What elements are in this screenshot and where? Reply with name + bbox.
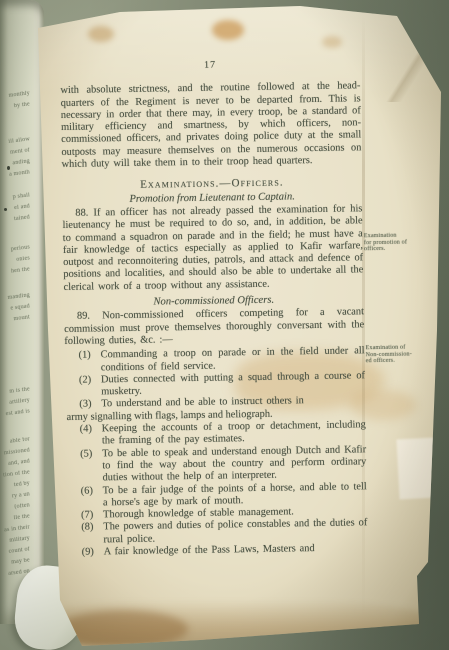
facing-page-text-fragment: (often	[0, 502, 32, 512]
facing-page-text-fragment: able for	[0, 436, 32, 446]
facing-page-text-fragment: perious	[0, 244, 32, 254]
paper-speck	[7, 166, 10, 170]
margin-note-officers: Examination for promotion of officers.	[364, 232, 424, 253]
page-text-block: 17 with absolute strictness, and the rou…	[60, 57, 368, 559]
facing-page-edge: monthlyby theill allowment ofandinga mon…	[0, 0, 44, 624]
facing-page-text-fragment: missioned	[0, 447, 32, 457]
intro-paragraph: with absolute strictness, and the routin…	[60, 81, 361, 172]
margin-note-line: officers.	[364, 245, 424, 253]
facing-page-text-fragment: manding	[0, 292, 32, 302]
facing-page-text-fragment: p shall	[0, 192, 32, 202]
list-item-number: (7)	[81, 509, 103, 522]
paragraph-89: 89. Non-commissioned officers competing …	[64, 307, 365, 349]
margin-note-line: ed officers.	[366, 357, 426, 365]
facing-page-text-fragment: lle the	[0, 513, 32, 523]
facing-page-text-fragment: ment of	[0, 147, 32, 157]
facing-page-text-fragment: ted by	[0, 480, 32, 490]
facing-page-text-fragment: may be	[0, 557, 32, 567]
facing-page-text-fragment: count of	[0, 546, 32, 556]
facing-page-text-fragment: hen the	[0, 266, 32, 276]
list-item-text: To be able to speak and understand enoug…	[102, 444, 367, 485]
facing-page-fragments: monthlyby theill allowment ofandinga mon…	[0, 0, 30, 624]
list-item-number: (8)	[81, 522, 103, 547]
facing-page-text-fragment: e squad	[0, 303, 32, 313]
facing-page-text-fragment: anding	[0, 158, 32, 168]
facing-page-text-fragment: by the	[0, 101, 32, 111]
list-item-number: (4)	[80, 423, 102, 448]
facing-page-text-fragment: onies	[0, 255, 32, 265]
facing-page-text-fragment: monthly	[0, 90, 32, 100]
facing-page-text-fragment: a month	[0, 169, 32, 179]
list-item-number: (5)	[80, 448, 103, 485]
list-item-number: (6)	[81, 485, 103, 510]
margin-note-nco: Examination of Non-commission- ed office…	[365, 344, 425, 365]
list-item-number: (1)	[79, 350, 101, 375]
facing-page-text-fragment: mount	[0, 314, 32, 324]
facing-page-text-fragment: m is the	[0, 386, 32, 396]
facing-page-text-fragment: ry a un	[0, 491, 32, 501]
photo-of-book-page: monthlyby theill allowment ofandinga mon…	[0, 0, 449, 650]
facing-page-text-fragment: tion of the	[0, 469, 32, 479]
duties-list: (1) Commanding a troop on parade or in t…	[79, 345, 368, 559]
paper-speck	[4, 208, 7, 211]
list-item-number: (3)	[79, 399, 101, 412]
facing-page-text-fragment: ill allow	[0, 136, 32, 146]
facing-page-text-fragment: tained	[0, 214, 32, 224]
list-item-number: (9)	[82, 546, 104, 559]
facing-page-text-fragment: artillery	[0, 397, 32, 407]
facing-page-text-fragment: as in their	[0, 524, 32, 534]
list-item-number: (2)	[79, 374, 101, 399]
facing-page-text-fragment: and, and	[0, 458, 32, 468]
list-item: (5) To be able to speak and understand e…	[80, 444, 367, 485]
facing-page-text-fragment: military	[0, 535, 32, 545]
book-page: 17 with absolute strictness, and the rou…	[30, 4, 445, 648]
paragraph-88: 88. If an officer has not already passed…	[62, 203, 363, 294]
facing-page-text-fragment: est and is	[0, 408, 32, 418]
